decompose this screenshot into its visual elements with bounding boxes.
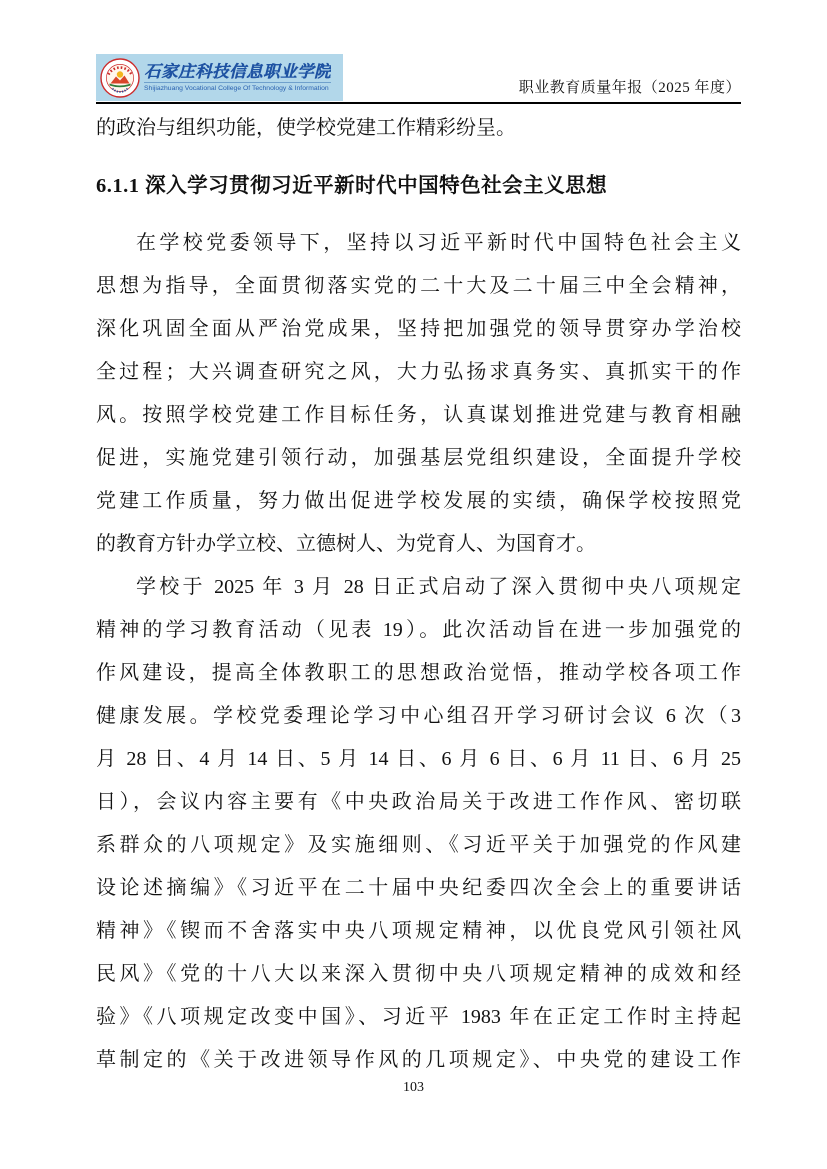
page-number: 103: [403, 1080, 424, 1095]
text-line: 精神的学习教育活动（见表 19）。此次活动旨在进一步加强党的: [96, 609, 741, 652]
text-line: 系群众的八项规定》及实施细则、《习近平关于加强党的作风建: [96, 824, 741, 867]
text-line: 促进，实施党建引领行动，加强基层党组织建设，全面提升学校: [96, 437, 741, 480]
college-name-en: Shijiazhuang Vocational College Of Techn…: [144, 82, 331, 93]
text-line: 深化巩固全面从严治党成果，坚持把加强党的领导贯穿办学治校: [96, 308, 741, 351]
text-line: 日），会议内容主要有《中央政治局关于改进工作作风、密切联: [96, 781, 741, 824]
college-name-block: 石家庄科技信息职业学院 Shijiazhuang Vocational Coll…: [144, 62, 331, 93]
paragraph-2: 学校于 2025 年 3 月 28 日正式启动了深入贯彻中央八项规定 精神的学习…: [96, 566, 741, 1082]
text-line: 健康发展。学校党委理论学习中心组召开学习研讨会议 6 次（3: [96, 695, 741, 738]
text-line: 月 28 日、4 月 14 日、5 月 14 日、6 月 6 日、6 月 11 …: [96, 738, 741, 781]
text-line: 设论述摘编》《习近平在二十届中央纪委四次全会上的重要讲话: [96, 867, 741, 910]
text-line: 在学校党委领导下，坚持以习近平新时代中国特色社会主义: [96, 222, 741, 265]
college-name-zh: 石家庄科技信息职业学院: [144, 62, 331, 82]
page-footer: 103: [0, 1080, 827, 1096]
text-line: 作风建设，提高全体教职工的思想政治觉悟，推动学校各项工作: [96, 652, 741, 695]
text-line: 学校于 2025 年 3 月 28 日正式启动了深入贯彻中央八项规定: [96, 566, 741, 609]
text-line: 精神》《锲而不舍落实中央八项规定精神，以优良党风引领社风: [96, 910, 741, 953]
text-line: 的政治与组织功能，使学校党建工作精彩纷呈。: [96, 107, 741, 150]
text-line: 草制定的《关于改进领导作风的几项规定》、中央党的建设工作: [96, 1039, 741, 1082]
text-line: 思想为指导，全面贯彻落实党的二十大及二十届三中全会精神，: [96, 265, 741, 308]
text-line: 全过程；大兴调查研究之风，大力弘扬求真务实、真抓实干的作: [96, 351, 741, 394]
report-title: 职业教育质量年报（2025 年度）: [519, 76, 741, 97]
text-line: 风。按照学校党建工作目标任务，认真谋划推进党建与教育相融: [96, 394, 741, 437]
paragraph-1: 在学校党委领导下，坚持以习近平新时代中国特色社会主义 思想为指导，全面贯彻落实党…: [96, 222, 741, 566]
document-body: 的政治与组织功能，使学校党建工作精彩纷呈。 6.1.1 深入学习贯彻习近平新时代…: [96, 107, 741, 1082]
college-logo: 石家庄科技信息职业学院 Shijiazhuang Vocational Coll…: [96, 54, 343, 101]
text-line: 的教育方针办学立校、立德树人、为党育人、为国育才。: [96, 523, 741, 566]
document-page: 石家庄科技信息职业学院 Shijiazhuang Vocational Coll…: [0, 0, 827, 1169]
section-heading: 6.1.1 深入学习贯彻习近平新时代中国特色社会主义思想: [96, 150, 741, 222]
page-content: 石家庄科技信息职业学院 Shijiazhuang Vocational Coll…: [96, 0, 741, 1082]
text-line: 验》《八项规定改变中国》、习近平 1983 年在正定工作时主持起: [96, 996, 741, 1039]
text-line: 民风》《党的十八大以来深入贯彻中央八项规定精神的成效和经: [96, 953, 741, 996]
page-header: 石家庄科技信息职业学院 Shijiazhuang Vocational Coll…: [96, 0, 741, 104]
college-emblem-icon: [100, 58, 140, 98]
text-line: 党建工作质量，努力做出促进学校发展的实绩，确保学校按照党: [96, 480, 741, 523]
